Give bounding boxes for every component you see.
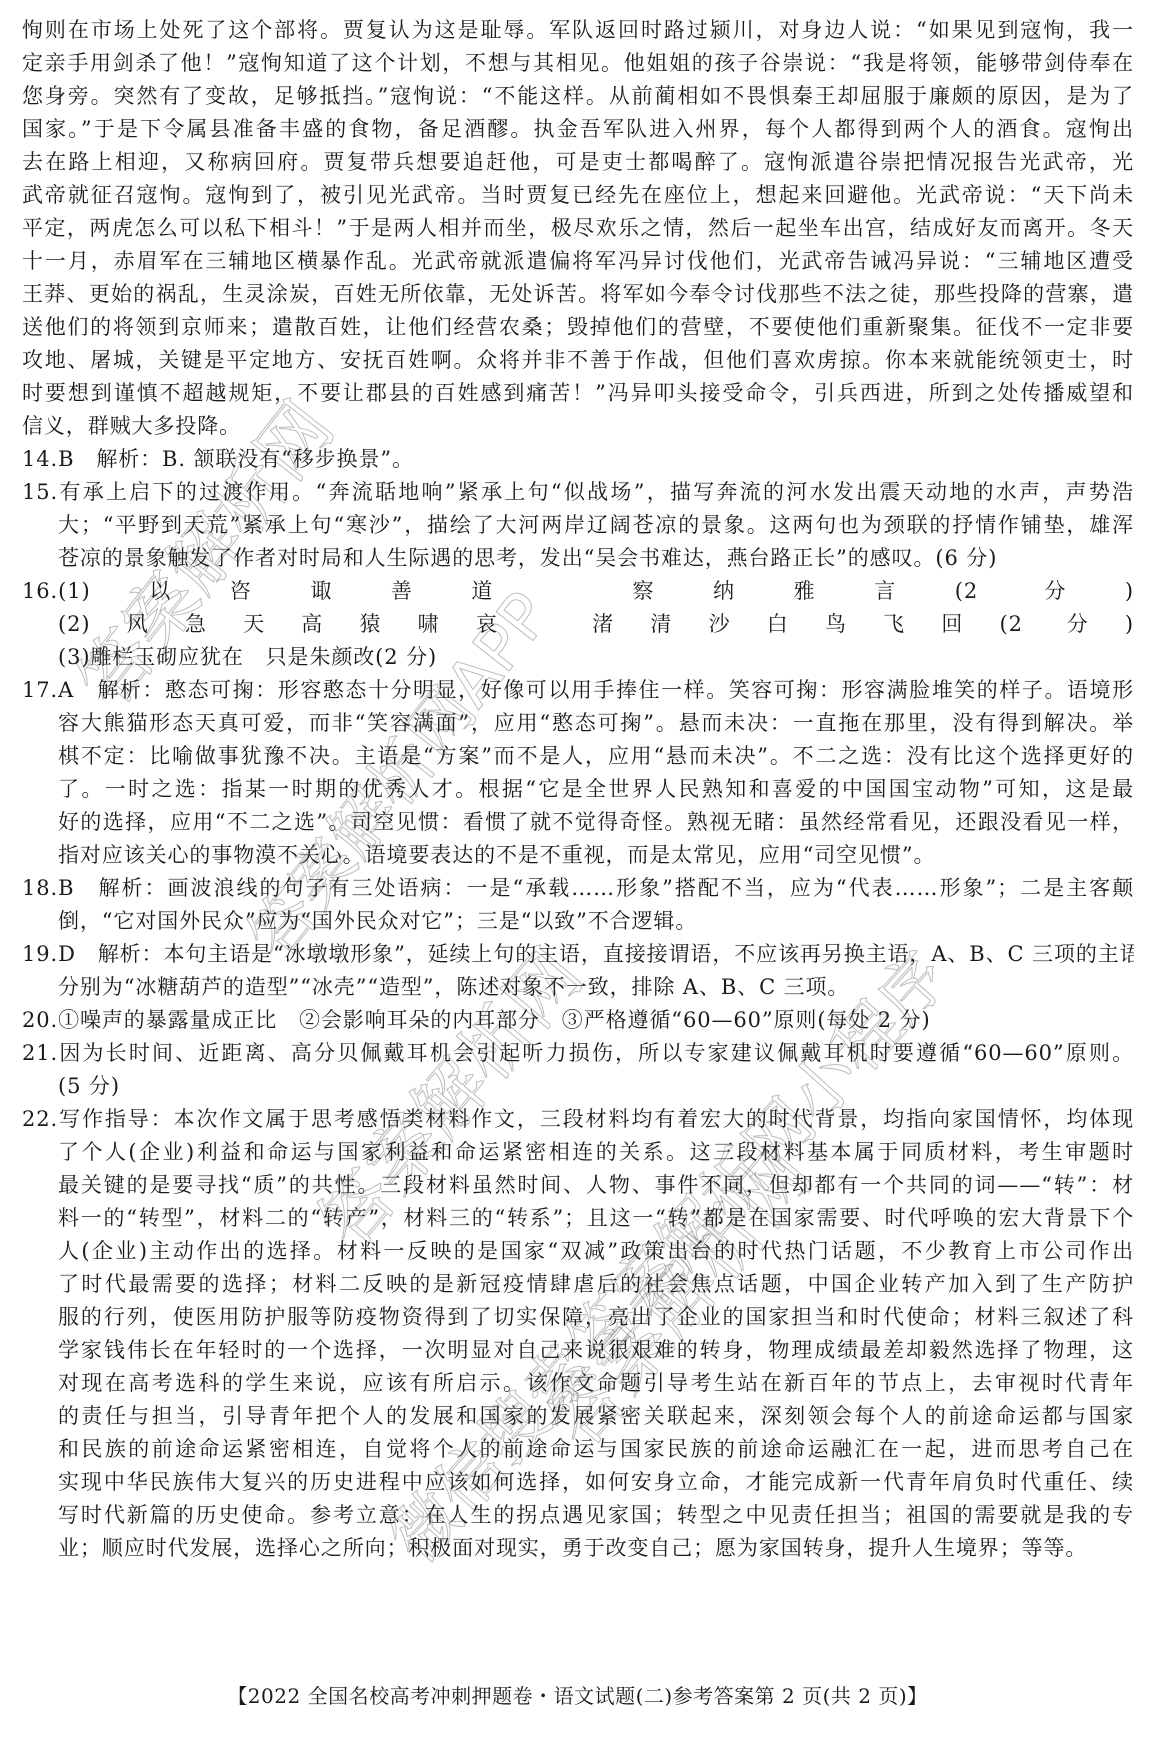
answer-text: 倒，“它对国外民众”应为“国外民众对它”；三是“以致”不合逻辑。 (58, 909, 697, 933)
answer-text: 大；“平野到天荒”紧承上句“寒沙”，描绘了大河两岸辽阔苍凉的景象。这两句也为颈联… (58, 513, 1134, 537)
answer-text: 最关键的是要寻找“质”的共性。三段材料虽然时间、人物、事件不同，但却都有一个共同… (58, 1173, 1134, 1197)
question-number: 18. (22, 876, 58, 900)
answer-text: 好的选择，应用“不二之选”。司空见惯：看惯了就不觉得奇怪。熟视无睹：虽然经常看见… (58, 810, 1134, 834)
question-number: 14. (22, 447, 58, 471)
answer-17-line: 了。一时之选：指某一时期的优秀人才。根据“它是全世界人民熟知和喜爱的中国国宝动物… (22, 773, 1134, 806)
answer-21-line: 21.因为长时间、近距离、高分贝佩戴耳机会引起听力损伤，所以专家建议佩戴耳机时要… (22, 1037, 1134, 1070)
answer-16-line: (2)风急天高猿啸哀 渚清沙白鸟飞回(2 分) (22, 608, 1134, 641)
answer-18-line: 18.B 解析：画波浪线的句子有三处语病：一是“承载……形象”搭配不当，应为“代… (22, 872, 1134, 905)
answer-text: (2)风急天高猿啸哀 渚清沙白鸟飞回(2 分) (58, 612, 1134, 636)
question-number: 22. (22, 1107, 58, 1131)
answer-22-line: 料一的“转型”，材料二的“转产”，材料三的“转系”；且这一“转”都是在国家需要、… (22, 1202, 1134, 1235)
answer-text: 的责任与担当，引导青年把个人的发展和国家的发展紧密关联起来，深刻领会每个人的前途… (58, 1404, 1134, 1428)
question-number: 17. (22, 678, 58, 702)
answer-text: 有承上启下的过渡作用。“奔流聒地响”紧承上句“似战场”，描写奔流的河水发出震天动… (58, 480, 1134, 504)
answer-22-line: 22.写作指导：本次作文属于思考感悟类材料作文，三段材料均有着宏大的时代背景，均… (22, 1103, 1134, 1136)
question-number: 16. (22, 579, 58, 603)
answer-text: 业；顺应时代发展，选择心之所向；积极面对现实，勇于改变自己；愿为家国转身，提升人… (58, 1536, 1087, 1560)
answer-text: 服的行列，使医用防护服等防疫物资得到了切实保障，亮出了企业的国家担当和时代使命；… (58, 1305, 1134, 1329)
answer-22-line: 的责任与担当，引导青年把个人的发展和国家的发展紧密关联起来，深刻领会每个人的前途… (22, 1400, 1134, 1433)
answer-17-line: 棋不定：比喻做事犹豫不决。主语是“方案”而不是人，应用“悬而未决”。不二之选：没… (22, 740, 1134, 773)
question-number: 21. (22, 1041, 58, 1065)
answer-22-line: 写时代新篇的历史使命。参考立意：在人生的拐点遇见家国；转型之中见责任担当；祖国的… (22, 1499, 1134, 1532)
answer-21-line: (5 分) (22, 1070, 1134, 1103)
passage-line: 您身旁。突然有了变故，足够抵挡。”寇恂说：“不能这样。从前蔺相如不畏惧秦王却屈服… (22, 80, 1134, 113)
answer-text: B 解析：画波浪线的句子有三处语病：一是“承载……形象”搭配不当，应为“代表……… (58, 876, 1134, 900)
answer-14-line: 14.B 解析：B. 颔联没有“移步换景”。 (22, 443, 1134, 476)
answer-text: B 解析：B. 颔联没有“移步换景”。 (58, 447, 414, 471)
answer-text: 因为长时间、近距离、高分贝佩戴耳机会引起听力损伤，所以专家建议佩戴耳机时要遵循“… (58, 1041, 1134, 1065)
answer-18-line: 倒，“它对国外民众”应为“国外民众对它”；三是“以致”不合逻辑。 (22, 905, 1134, 938)
answer-22-line: 业；顺应时代发展，选择心之所向；积极面对现实，勇于改变自己；愿为家国转身，提升人… (22, 1532, 1134, 1565)
answer-text: 了时代最需要的选择；材料二反映的是新冠疫情肆虐后的社会焦点话题，中国企业转产加入… (58, 1272, 1134, 1296)
answer-text: (1)以咨诹善道 察纳雅言(2 分) (58, 579, 1134, 603)
passage-line: 时要想到谨慎不超越规矩，不要让郡县的百姓感到痛苦！”冯异叩头接受命令，引兵西进，… (22, 377, 1134, 410)
answer-19-line: 19.D 解析：本句主语是“冰墩墩形象”，延续上句的主语，直接接谓语，不应该再另… (22, 938, 1134, 971)
answer-17-line: 容大熊猫形态天真可爱，而非“笑容满面”，应用“憨态可掬”。悬而未决：一直拖在那里… (22, 707, 1134, 740)
answer-text: 了个人(企业)利益和命运与国家利益和命运紧密相连的关系。这三段材料基本属于同质材… (58, 1140, 1134, 1164)
answer-text: 苍凉的景象触发了作者对时局和人生际遇的思考，发出“吴会书难达，燕台路正长”的感叹… (58, 546, 997, 570)
passage-line: 平定，两虎怎么可以私下相斗！”于是两人相并而坐，极尽欢乐之情，然后一起坐车出宫，… (22, 212, 1134, 245)
answer-15-line: 苍凉的景象触发了作者对时局和人生际遇的思考，发出“吴会书难达，燕台路正长”的感叹… (22, 542, 1134, 575)
answer-17-line: 指对应该关心的事物漠不关心。语境要表达的不是不重视，而是太常见，应用“司空见惯”… (22, 839, 1134, 872)
answer-17-line: 17.A 解析：憨态可掬：形容憨态十分明显，好像可以用手捧住一样。笑容可掬：形容… (22, 674, 1134, 707)
passage-line: 定亲手用剑杀了他！”寇恂知道了这个计划，不想与其相见。他姐姐的孩子谷崇说：“我是… (22, 47, 1134, 80)
passage-line: 去在路上相迎，又称病回府。贾复带兵想要追赶他，可是吏士都喝醉了。寇恂派遣谷崇把情… (22, 146, 1134, 179)
answer-text: D 解析：本句主语是“冰墩墩形象”，延续上句的主语，直接接谓语，不应该再另换主语… (58, 942, 1134, 966)
answer-text: 实现中华民族伟大复兴的历史进程中应该如何选择，如何安身立命，才能完成新一代青年肩… (58, 1470, 1134, 1494)
page-content: 恂则在市场上处死了这个部将。贾复认为这是耻辱。军队返回时路过颍川，对身边人说：“… (22, 14, 1134, 1565)
passage-line: 信义，群贼大多投降。 (22, 410, 1134, 443)
passage-line: 国家。”于是下令属县准备丰盛的食物，备足酒醪。执金吾军队进入州界，每个人都得到两… (22, 113, 1134, 146)
answer-22-line: 实现中华民族伟大复兴的历史进程中应该如何选择，如何安身立命，才能完成新一代青年肩… (22, 1466, 1134, 1499)
answer-22-line: 最关键的是要寻找“质”的共性。三段材料虽然时间、人物、事件不同，但却都有一个共同… (22, 1169, 1134, 1202)
answer-20-line: 20.①噪声的暴露量成正比 ②会影响耳朵的内耳部分 ③严格遵循“60—60”原则… (22, 1004, 1134, 1037)
passage-line: 十一月，赤眉军在三辅地区横暴作乱。光武帝就派遣偏将军冯异讨伐他们，光武帝告诫冯异… (22, 245, 1134, 278)
answer-22-line: 和民族的前途命运紧密相连，自觉将个人的前途命运与国家民族的前途命运融汇在一起，进… (22, 1433, 1134, 1466)
answer-22-line: 了个人(企业)利益和命运与国家利益和命运紧密相连的关系。这三段材料基本属于同质材… (22, 1136, 1134, 1169)
answer-22-line: 学家钱伟长在年轻时的一个选择，一次明显对自己来说很艰难的转身，物理成绩最差却毅然… (22, 1334, 1134, 1367)
passage-line: 送他们的将领到京师来；遣散百姓，让他们经营农桑；毁掉他们的营壁，不要使他们重新聚… (22, 311, 1134, 344)
answer-15-line: 大；“平野到天荒”紧承上句“寒沙”，描绘了大河两岸辽阔苍凉的景象。这两句也为颈联… (22, 509, 1134, 542)
answer-22-line: 对现在高考选科的学生来说，应该有所启示。该作文命题引导考生站在新百年的节点上，去… (22, 1367, 1134, 1400)
answer-text: 棋不定：比喻做事犹豫不决。主语是“方案”而不是人，应用“悬而未决”。不二之选：没… (58, 744, 1134, 768)
answer-22-line: 服的行列，使医用防护服等防疫物资得到了切实保障，亮出了企业的国家担当和时代使命；… (22, 1301, 1134, 1334)
answer-22-line: 人(企业)主动作出的选择。材料一反映的是国家“双减”政策出台的时代热门话题，不少… (22, 1235, 1134, 1268)
answer-key-page: 恂则在市场上处死了这个部将。贾复认为这是耻辱。军队返回时路过颍川，对身边人说：“… (0, 0, 1155, 1746)
answer-text: (3)雕栏玉砌应犹在 只是朱颜改(2 分) (58, 645, 437, 669)
answer-16-line: (3)雕栏玉砌应犹在 只是朱颜改(2 分) (22, 641, 1134, 674)
passage-line: 恂则在市场上处死了这个部将。贾复认为这是耻辱。军队返回时路过颍川，对身边人说：“… (22, 14, 1134, 47)
answer-text: 人(企业)主动作出的选择。材料一反映的是国家“双减”政策出台的时代热门话题，不少… (58, 1239, 1134, 1263)
answer-text: 和民族的前途命运紧密相连，自觉将个人的前途命运与国家民族的前途命运融汇在一起，进… (58, 1437, 1134, 1461)
answer-text: 了。一时之选：指某一时期的优秀人才。根据“它是全世界人民熟知和喜爱的中国国宝动物… (58, 777, 1134, 801)
answer-text: 指对应该关心的事物漠不关心。语境要表达的不是不重视，而是太常见，应用“司空见惯”… (58, 843, 935, 867)
answer-16-line: 16.(1)以咨诹善道 察纳雅言(2 分) (22, 575, 1134, 608)
answer-text: 料一的“转型”，材料二的“转产”，材料三的“转系”；且这一“转”都是在国家需要、… (58, 1206, 1134, 1230)
passage-line: 王莽、更始的祸乱，生灵涂炭，百姓无所依靠，无处诉苦。将军如今奉令讨伐那些不法之徒… (22, 278, 1134, 311)
page-footer: 【2022 全国名校高考冲刺押题卷・语文试题(二)参考答案第 2 页(共 2 页… (0, 1680, 1155, 1709)
passage-line: 武帝就征召寇恂。寇恂到了，被引见光武帝。当时贾复已经先在座位上，想起来回避他。光… (22, 179, 1134, 212)
question-number: 20. (22, 1008, 58, 1032)
answer-text: A 解析：憨态可掬：形容憨态十分明显，好像可以用手捧住一样。笑容可掬：形容满脸堆… (58, 678, 1134, 702)
answer-15-line: 15.有承上启下的过渡作用。“奔流聒地响”紧承上句“似战场”，描写奔流的河水发出… (22, 476, 1134, 509)
answer-text: 容大熊猫形态天真可爱，而非“笑容满面”，应用“憨态可掬”。悬而未决：一直拖在那里… (58, 711, 1134, 735)
answer-text: ①噪声的暴露量成正比 ②会影响耳朵的内耳部分 ③严格遵循“60—60”原则(每处… (58, 1008, 931, 1032)
answer-text: 对现在高考选科的学生来说，应该有所启示。该作文命题引导考生站在新百年的节点上，去… (58, 1371, 1134, 1395)
answer-text: 学家钱伟长在年轻时的一个选择，一次明显对自己来说很艰难的转身，物理成绩最差却毅然… (58, 1338, 1134, 1362)
answer-22-line: 了时代最需要的选择；材料二反映的是新冠疫情肆虐后的社会焦点话题，中国企业转产加入… (22, 1268, 1134, 1301)
question-number: 15. (22, 480, 58, 504)
answer-text: (5 分) (58, 1074, 120, 1098)
question-number: 19. (22, 942, 58, 966)
passage-line: 攻地、屠城，关键是平定地方、安抚百姓啊。众将并非不善于作战，但他们喜欢虏掠。你本… (22, 344, 1134, 377)
answer-19-line: 分别为“冰糖葫芦的造型”“冰壳”“造型”，陈述对象不一致，排除 A、B、C 三项… (22, 971, 1134, 1004)
answer-text: 分别为“冰糖葫芦的造型”“冰壳”“造型”，陈述对象不一致，排除 A、B、C 三项… (58, 975, 849, 999)
answer-text: 写作指导：本次作文属于思考感悟类材料作文，三段材料均有着宏大的时代背景，均指向家… (58, 1107, 1134, 1131)
answer-text: 写时代新篇的历史使命。参考立意：在人生的拐点遇见家国；转型之中见责任担当；祖国的… (58, 1503, 1134, 1527)
answer-17-line: 好的选择，应用“不二之选”。司空见惯：看惯了就不觉得奇怪。熟视无睹：虽然经常看见… (22, 806, 1134, 839)
